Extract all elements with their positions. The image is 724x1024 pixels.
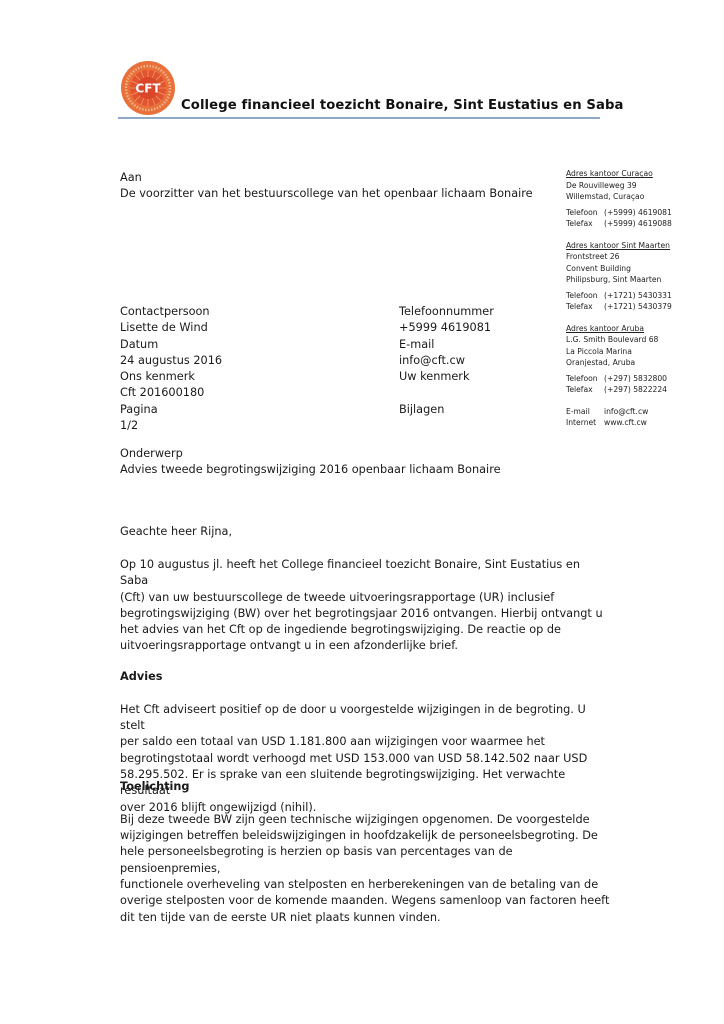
office-fax: Telefax(+297) 5822224	[566, 384, 672, 396]
office-phone: Telefoon(+1721) 5430331	[566, 290, 672, 302]
subject-block: Onderwerp Advies tweede begrotingswijzig…	[120, 446, 501, 479]
section-toelichting: Toelichting Bij deze tweede BW zijn geen…	[120, 763, 610, 942]
addressee-block: Aan De voorzitter van het bestuurscolleg…	[120, 170, 533, 203]
office-phone: Telefoon(+297) 5832800	[566, 373, 672, 385]
office-address-line: Philipsburg, Sint Maarten	[566, 274, 672, 286]
meta-label-uw-kenmerk: Uw kenmerk	[399, 369, 494, 385]
meta-label-pagina: Pagina	[120, 402, 222, 418]
addressee-label: Aan	[120, 170, 533, 186]
sidebar-email: E-mailinfo@cft.cw	[566, 406, 672, 418]
cft-logo-icon: CFT	[120, 60, 176, 116]
email-label: E-mail	[566, 406, 604, 418]
organization-name: College financieel toezicht Bonaire, Sin…	[181, 98, 624, 113]
meta-label-email: E-mail	[399, 337, 494, 353]
meta-label-datum: Datum	[120, 337, 222, 353]
cft-logo: CFT	[120, 60, 176, 116]
meta-label-telefoonnummer: Telefoonnummer	[399, 304, 494, 320]
header-divider	[118, 117, 600, 119]
phone-value: (+297) 5832800	[604, 374, 667, 383]
fax-value: (+1721) 5430379	[604, 302, 672, 311]
meta-value-telefoonnummer: +5999 4619081	[399, 320, 494, 336]
intro-paragraph: Op 10 augustus jl. heeft het College fin…	[120, 557, 610, 655]
phone-label: Telefoon	[566, 373, 604, 385]
meta-left-column: Contactpersoon Lisette de Wind Datum 24 …	[120, 304, 222, 434]
office-title: Adres kantoor Aruba	[566, 323, 672, 335]
office-address-line: Convent Building	[566, 263, 672, 275]
fax-label: Telefax	[566, 218, 604, 230]
meta-value-contactpersoon: Lisette de Wind	[120, 320, 222, 336]
meta-right-column: Telefoonnummer +5999 4619081 E-mail info…	[399, 304, 494, 434]
section-heading: Advies	[120, 669, 610, 685]
office-address-line: De Rouvilleweg 39	[566, 180, 672, 192]
phone-label: Telefoon	[566, 207, 604, 219]
addressee-recipient: De voorzitter van het bestuurscollege va…	[120, 186, 533, 202]
meta-value-ons-kenmerk: Cft 201600180	[120, 385, 222, 401]
office-phone: Telefoon(+5999) 4619081	[566, 207, 672, 219]
phone-value: (+5999) 4619081	[604, 208, 672, 217]
meta-value-datum: 24 augustus 2016	[120, 353, 222, 369]
phone-value: (+1721) 5430331	[604, 291, 672, 300]
fax-value: (+5999) 4619088	[604, 219, 672, 228]
fax-value: (+297) 5822224	[604, 385, 667, 394]
office-address-line: Oranjestad, Aruba	[566, 357, 672, 369]
phone-label: Telefoon	[566, 290, 604, 302]
meta-value-email[interactable]: info@cft.cw	[399, 353, 494, 369]
meta-value-uw-kenmerk	[399, 385, 494, 401]
section-text: Bij deze tweede BW zijn geen technische …	[120, 812, 610, 926]
office-address-line: Frontstreet 26	[566, 251, 672, 263]
office-title: Adres kantoor Sint Maarten	[566, 240, 672, 252]
office-address-line: La Piccola Marina	[566, 346, 672, 358]
office-aruba: Adres kantoor Aruba L.G. Smith Boulevard…	[566, 323, 672, 396]
office-addresses-sidebar: Adres kantoor Curaçao De Rouvilleweg 39 …	[566, 168, 672, 429]
subject-value: Advies tweede begrotingswijziging 2016 o…	[120, 462, 501, 478]
office-fax: Telefax(+5999) 4619088	[566, 218, 672, 230]
meta-label-ons-kenmerk: Ons kenmerk	[120, 369, 222, 385]
office-address-line: L.G. Smith Boulevard 68	[566, 334, 672, 346]
meta-label-bijlagen: Bijlagen	[399, 402, 494, 418]
sidebar-internet: Internetwww.cft.cw	[566, 417, 672, 429]
fax-label: Telefax	[566, 384, 604, 396]
office-curacao: Adres kantoor Curaçao De Rouvilleweg 39 …	[566, 168, 672, 230]
internet-label: Internet	[566, 417, 604, 429]
meta-value-bijlagen	[399, 418, 494, 434]
svg-text:CFT: CFT	[135, 82, 161, 96]
website-link[interactable]: www.cft.cw	[604, 418, 647, 427]
email-link[interactable]: info@cft.cw	[604, 407, 648, 416]
office-sint-maarten: Adres kantoor Sint Maarten Frontstreet 2…	[566, 240, 672, 313]
office-fax: Telefax(+1721) 5430379	[566, 301, 672, 313]
fax-label: Telefax	[566, 301, 604, 313]
section-heading: Toelichting	[120, 779, 610, 795]
subject-label: Onderwerp	[120, 446, 501, 462]
meta-value-pagina: 1/2	[120, 418, 222, 434]
meta-label-contactpersoon: Contactpersoon	[120, 304, 222, 320]
salutation: Geachte heer Rijna,	[120, 524, 232, 540]
office-title: Adres kantoor Curaçao	[566, 168, 672, 180]
office-address-line: Willemstad, Curaçao	[566, 191, 672, 203]
